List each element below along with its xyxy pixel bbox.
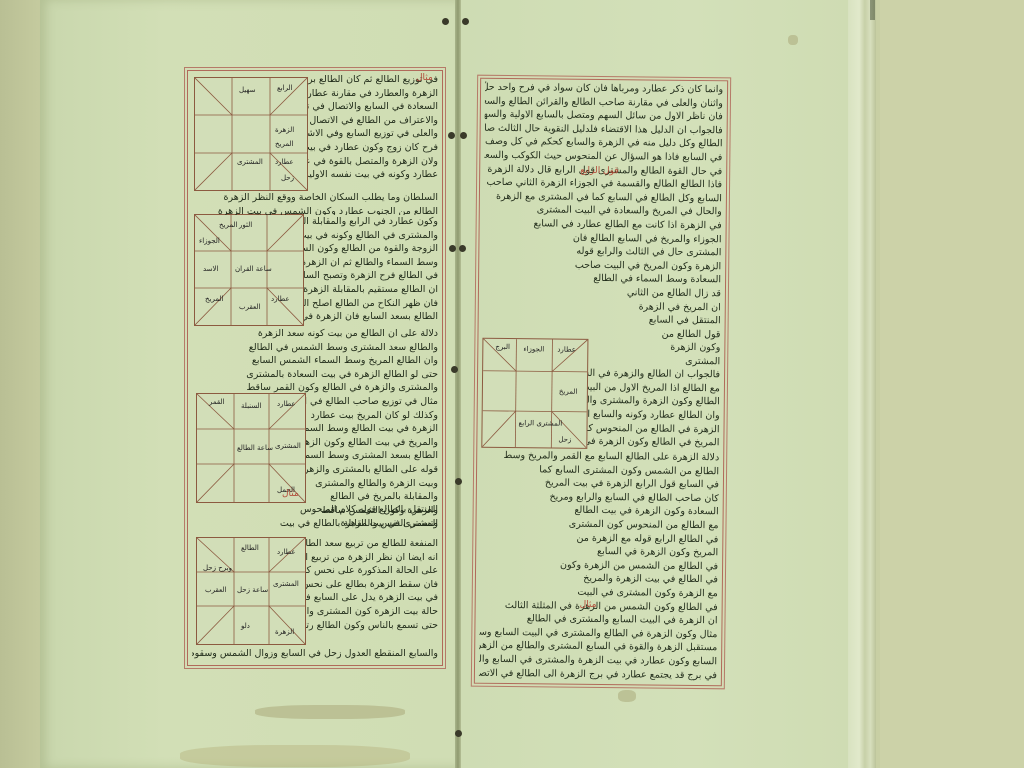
text-line: فان ظهر النكاح من الطالع اصلح المريخ في … (304, 297, 438, 311)
text-line: السعادة في السابع والاتصال في تربيع الزه… (308, 100, 438, 114)
text-line: ولان الزهرة والمتصل بالقوة في عطارد وزيا… (308, 155, 438, 169)
text-line: في برج قد يجتمع عطارد في برج الزهرة الى … (479, 666, 717, 682)
text-line: وكون الزهرة (588, 340, 720, 355)
text-column-4: المنفعة للطالع من تربيع سعد الطالع والتر… (306, 537, 438, 647)
chart-cell-label: زحل (281, 174, 294, 182)
chart-cell-label: الثور (239, 221, 252, 229)
chart-cell-label: وبرح زحل (203, 564, 232, 572)
text-line: والمشترى في الطالع وكونه في بيت الزهرة ا… (304, 229, 438, 243)
text-line: السلطان وما يطلب السكان الخاصة ووقع النظ… (192, 191, 438, 205)
chart-cell-label: المريخ (559, 388, 578, 396)
chart-cell-label: الجوزاء (199, 237, 220, 245)
chart-cell-label: عطارد (277, 400, 296, 408)
chart-cell-label: الاسد (203, 265, 218, 273)
text-full-3: المنتقل بالطالع قوله كلام المنحوس وتسمى … (192, 503, 438, 537)
binding-hole (462, 18, 469, 25)
rubric-heading: مثال (580, 600, 597, 610)
text-line: في الطالع فرح الزهرة وتصبح السابع ومنظر … (304, 269, 438, 283)
text-line: دلالة الزهرة على الطالع السابع مع القمر … (481, 449, 719, 465)
horoscope-chart-4: وبرح زحل الطالع عطارد العقرب ساعة زحل ال… (196, 537, 306, 645)
text-line: الزهرة في بيت الطالع وسط السماء (306, 422, 438, 436)
text-line: المنفعة للطالع من تربيع سعد الطالع والتر… (306, 537, 438, 551)
chart-cell-label: المريخ (275, 140, 293, 148)
chart-cell-label: المريخ (205, 295, 223, 303)
horoscope-chart-1: الرابع سهيل الزهرة المريخ المشترى عطارد … (194, 77, 308, 191)
background-right (880, 0, 1024, 768)
text-line: قوله على الطالع بالمشترى والزهرة (306, 463, 438, 477)
chart-cell-label: سهيل (239, 86, 256, 94)
chart-cell-label: ساعة زحل (237, 586, 268, 594)
binding-hole (448, 132, 455, 139)
chart-cell-label: المشترى (275, 442, 301, 450)
text-line: والطالع سعد المشترى وسط الشمس في الطالع (192, 341, 438, 355)
text-line: حتى تسمع بالناس وكون الطالع رتبة العاقبة (306, 619, 438, 633)
text-line: حتى لو الطالع الزهرة في بيت السعادة بالم… (192, 368, 438, 382)
text-line: الطالع بسعد المشترى وسط السماء (306, 449, 438, 463)
chart-cell-label: الزهرة (275, 126, 294, 134)
text-line: في الطالع وكون الشمس من الزهرة في المثلث… (480, 598, 718, 614)
chart-cell-label: المشترى (237, 158, 263, 166)
binding-hole (460, 132, 467, 139)
text-line: المشترى (588, 353, 720, 368)
binding-hole (451, 366, 458, 373)
book-gutter (455, 0, 461, 768)
chart-cell-label: عطارد (557, 346, 576, 354)
left-text-block: الرابع سهيل الزهرة المريخ المشترى عطارد … (187, 70, 443, 666)
text-line: الطالع من الجنوب عطارد وكون الشمس في بيت… (192, 205, 438, 215)
water-stain (255, 705, 405, 719)
text-line: المنتقل بالطالع قوله كلام المنحوس (192, 503, 438, 517)
text-line: مثال في توزيع صاحب الطالع في السابع (306, 395, 438, 409)
text-line: الزهرة في الطالع من المنحوس كما (587, 421, 719, 436)
text-line: انه ايضا ان نظر الزهرة من تربيع الطالع ا… (306, 551, 438, 565)
text-line: على الحالة المذكورة على نحس كون الطالع (306, 564, 438, 578)
text-line: قول الطالع من (482, 325, 720, 341)
rubric-heading: مثال (416, 73, 433, 83)
text-line: والاعتراف من الطالع في الاتصال والناظر ب… (308, 114, 438, 128)
text-line: والمريخ في بيت الطالع وكون الزهرة (306, 436, 438, 450)
chart-cell-label: المريخ (219, 221, 237, 229)
right-text-bottom: دلالة الزهرة على الطالع السابع مع القمر … (479, 449, 719, 683)
binding-hole (459, 245, 466, 252)
chart-cell-label: زحل (558, 436, 571, 444)
chart-cell-label: العقرب (205, 586, 226, 594)
text-line: وان الطالع المريخ وسط السماء الشمس الساب… (192, 354, 438, 368)
chart-cell-label: ساعة الطالع (237, 444, 273, 452)
horoscope-chart-5: البرج الجوزاء عطارد المريخ المشترى الراب… (481, 338, 588, 449)
chart-cell-label: دلو (241, 622, 250, 630)
chart-cell-label: العقرب (239, 303, 260, 311)
chart-cell-label: الجوزاء (523, 345, 544, 353)
binding-hole (455, 730, 462, 737)
rubric-heading: مثال (282, 489, 299, 499)
right-text-top: وانما كان ذكر عطارد ومرباها فان كان سواد… (482, 81, 723, 341)
stack-edge (870, 0, 875, 20)
text-full-2: دلالة على ان الطالع من بيت كونه سعد الزه… (192, 327, 438, 395)
text-full-4: والسابع المنقطع العدول زحل في السابع وزو… (192, 647, 438, 663)
chart-cell-label: البرج (495, 343, 510, 351)
ink-spot (618, 690, 636, 702)
background-left (0, 0, 45, 768)
torn-edge-stain (180, 745, 410, 767)
text-line: حالة بيت الزهرة كون المشترى والسابع (306, 605, 438, 619)
horoscope-chart-2: المريخ الثور الجوزاء ساعة القران الاسد ا… (194, 214, 304, 326)
rubric-heading: قول الرابع (580, 166, 618, 176)
chart-cell-label: القمر (209, 398, 225, 406)
text-line: والعلى في توزيع السابع وفي الاشراف والمن… (308, 127, 438, 141)
text-line: الزوجة والقوة من الطالع وكون السابع في ب… (304, 242, 438, 256)
text-line: المريخ في الطالع وكون الزهرة في السابع ف… (587, 435, 719, 450)
binding-hole (455, 478, 462, 485)
right-text-column: وكون الزهرة المشترى فالجواب ان الطالع وا… (587, 340, 720, 451)
text-line: وتسمى النفس والمقابلة بالطالع في بيت (192, 517, 438, 531)
text-line: والسابع المنقطع العدول زحل في السابع وزو… (192, 647, 438, 661)
binding-hole (449, 245, 456, 252)
chart-cell-label: عطارد (277, 548, 296, 556)
text-line: في بيت الزهرة يدل على السابع في بيت الطا… (306, 591, 438, 605)
right-text-block: البرج الجوزاء عطارد المريخ المشترى الراب… (474, 78, 728, 687)
binding-hole (442, 18, 449, 25)
text-line: فالجواب ان الطالع والزهرة في السابع وسط (588, 367, 720, 382)
chart-cell-label: ساعة القران (235, 265, 272, 273)
chart-cell-label: الطالع (241, 544, 259, 552)
horoscope-chart-3: القمر السنبلة عطارد ساعة الطالع المشترى … (196, 393, 306, 503)
text-line: وكون عطارد في الرابع والمقابلة المريخ سا… (304, 215, 438, 229)
text-line: الطالع بسعد السابع فان الزهرة في الجوزاء (304, 310, 438, 324)
page-stack (848, 0, 876, 768)
text-line: والمشترى والزهرة في الطالع وكون القمر سا… (192, 381, 438, 395)
text-column-2: وكون عطارد في الرابع والمقابلة المريخ سا… (304, 215, 438, 327)
text-column-1: في توزيع الطالع ثم كان الطالع بر نحسا قر… (308, 73, 438, 191)
text-line: دلالة على ان الطالع من بيت كونه سعد الزه… (192, 327, 438, 341)
chart-cell-label: السنبلة (241, 402, 262, 410)
text-line: والمقابلة بالمريخ في الطالع (306, 490, 438, 504)
text-line: وكذلك لو كان المريخ بيت عطارد (306, 409, 438, 423)
text-line: فان سقط الزهرة بطالع على نحس كون الشمس (306, 578, 438, 592)
text-line: ان الطالع مستقيم بالمقابلة الزهرة وسط ال… (304, 283, 438, 297)
text-line: فرح كان زوج وكون عطارد في بيت الزهرة قول… (308, 141, 438, 155)
chart-cell-label: الزهرة (275, 628, 294, 636)
text-line: مع الطالع اذا المريخ الاول من البيت الزه… (588, 381, 720, 396)
spot (788, 35, 798, 45)
chart-cell-label: الرابع (277, 84, 293, 92)
chart-cell-label: عطارد (275, 158, 294, 166)
text-line: الطالع وكون الزهرة والمشترى والسعادة الث… (588, 394, 720, 409)
text-line: عطارد وكونه في بيت نفسه الاولية وزوال ال… (308, 168, 438, 182)
chart-cell-label: عطارد (271, 295, 290, 303)
text-line: وسط السماء والطالع ثم ان الزهرة في الراب… (304, 256, 438, 270)
text-line: وان الطالع عطارد وكونه والسابع السعد (588, 408, 720, 423)
chart-cell-label: المشترى (273, 580, 299, 588)
text-full-1: السلطان وما يطلب السكان الخاصة ووقع النظ… (192, 191, 438, 215)
text-line: الزهرة والعطارد في مقارنة عطارد وصورة وح… (308, 87, 438, 101)
chart-cell-label: المشترى الرابع (519, 419, 563, 427)
text-line: وبيت الزهرة والطالع والمشترى (306, 477, 438, 491)
